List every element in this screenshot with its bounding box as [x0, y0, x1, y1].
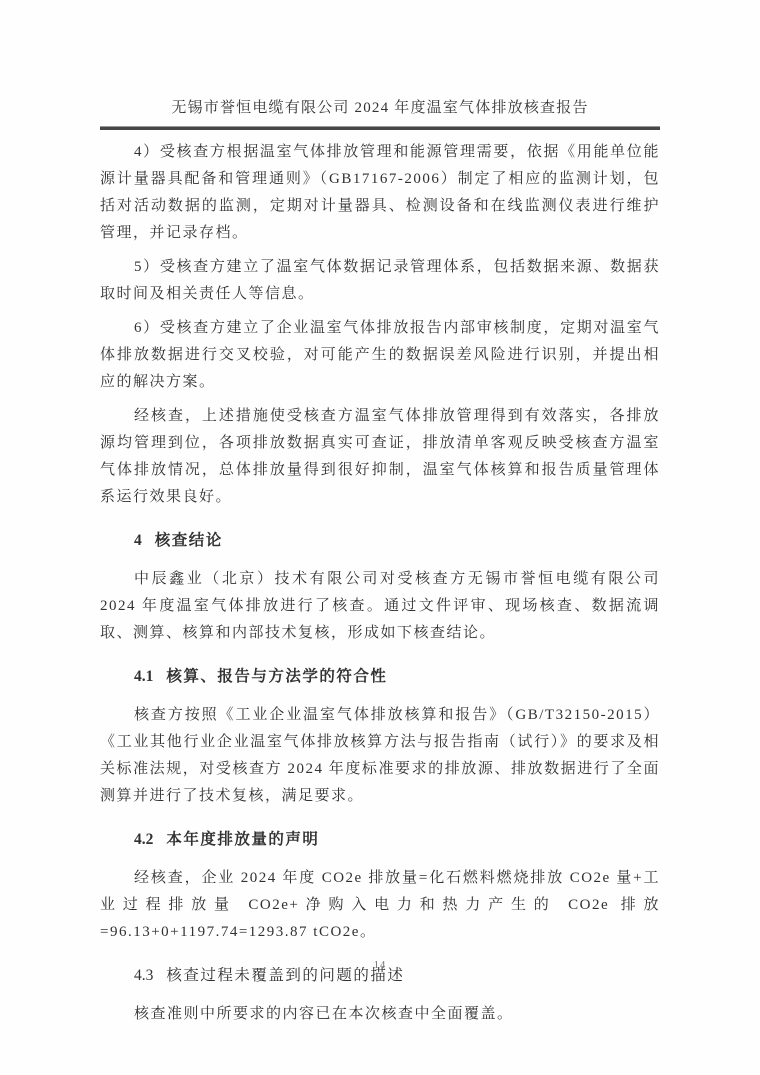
- header-rule: [100, 126, 660, 130]
- section-4-2-number: 4.2: [134, 831, 153, 848]
- paragraph-data-record-system: 5）受核查方建立了温室气体数据记录管理体系，包括数据来源、数据获取时间及相关责任…: [100, 254, 660, 308]
- paragraph-verification-summary: 经核查，上述措施使受核查方温室气体排放管理得到有效落实，各排放源均管理到位，各项…: [100, 403, 660, 511]
- section-4-2-title: 本年度排放量的声明: [166, 831, 319, 848]
- paragraph-internal-audit: 6）受核查方建立了企业温室气体排放报告内部审核制度，定期对温室气体排放数据进行交…: [100, 315, 660, 396]
- paragraph-emission-statement: 经核查，企业 2024 年度 CO2e 排放量=化石燃料燃烧排放 CO2e 量+…: [100, 865, 660, 946]
- paragraph-monitoring-plan: 4）受核查方根据温室气体排放管理和能源管理需要，依据《用能单位能源计量器具配备和…: [100, 139, 660, 247]
- document-page: 无锡市誉恒电缆有限公司 2024 年度温室气体排放核查报告 4）受核查方根据温室…: [0, 0, 760, 1075]
- paragraph-conclusion-intro: 中辰鑫业（北京）技术有限公司对受核查方无锡市誉恒电缆有限公司 2024 年度温室…: [100, 566, 660, 647]
- heading-section-4-2: 4.2本年度排放量的声明: [100, 826, 660, 853]
- paragraph-methodology-conformance: 核查方按照《工业企业温室气体排放核算和报告》（GB/T32150-2015）《工…: [100, 702, 660, 810]
- section-4-number: 4: [134, 532, 142, 549]
- section-4-1-number: 4.1: [134, 668, 153, 685]
- document-body: 4）受核查方根据温室气体排放管理和能源管理需要，依据《用能单位能源计量器具配备和…: [100, 139, 660, 1028]
- section-4-title: 核查结论: [155, 532, 223, 549]
- paragraph-coverage-statement: 核查准则中所要求的内容已在本次核查中全面覆盖。: [100, 1001, 660, 1028]
- page-footer: 14: [0, 960, 760, 971]
- heading-section-4: 4核查结论: [100, 527, 660, 554]
- page-number: 14: [374, 960, 387, 971]
- report-header-title: 无锡市誉恒电缆有限公司 2024 年度温室气体排放核查报告: [0, 97, 760, 119]
- heading-section-4-1: 4.1核算、报告与方法学的符合性: [100, 663, 660, 690]
- page-header: 无锡市誉恒电缆有限公司 2024 年度温室气体排放核查报告: [0, 0, 760, 130]
- section-4-1-title: 核算、报告与方法学的符合性: [166, 668, 387, 685]
